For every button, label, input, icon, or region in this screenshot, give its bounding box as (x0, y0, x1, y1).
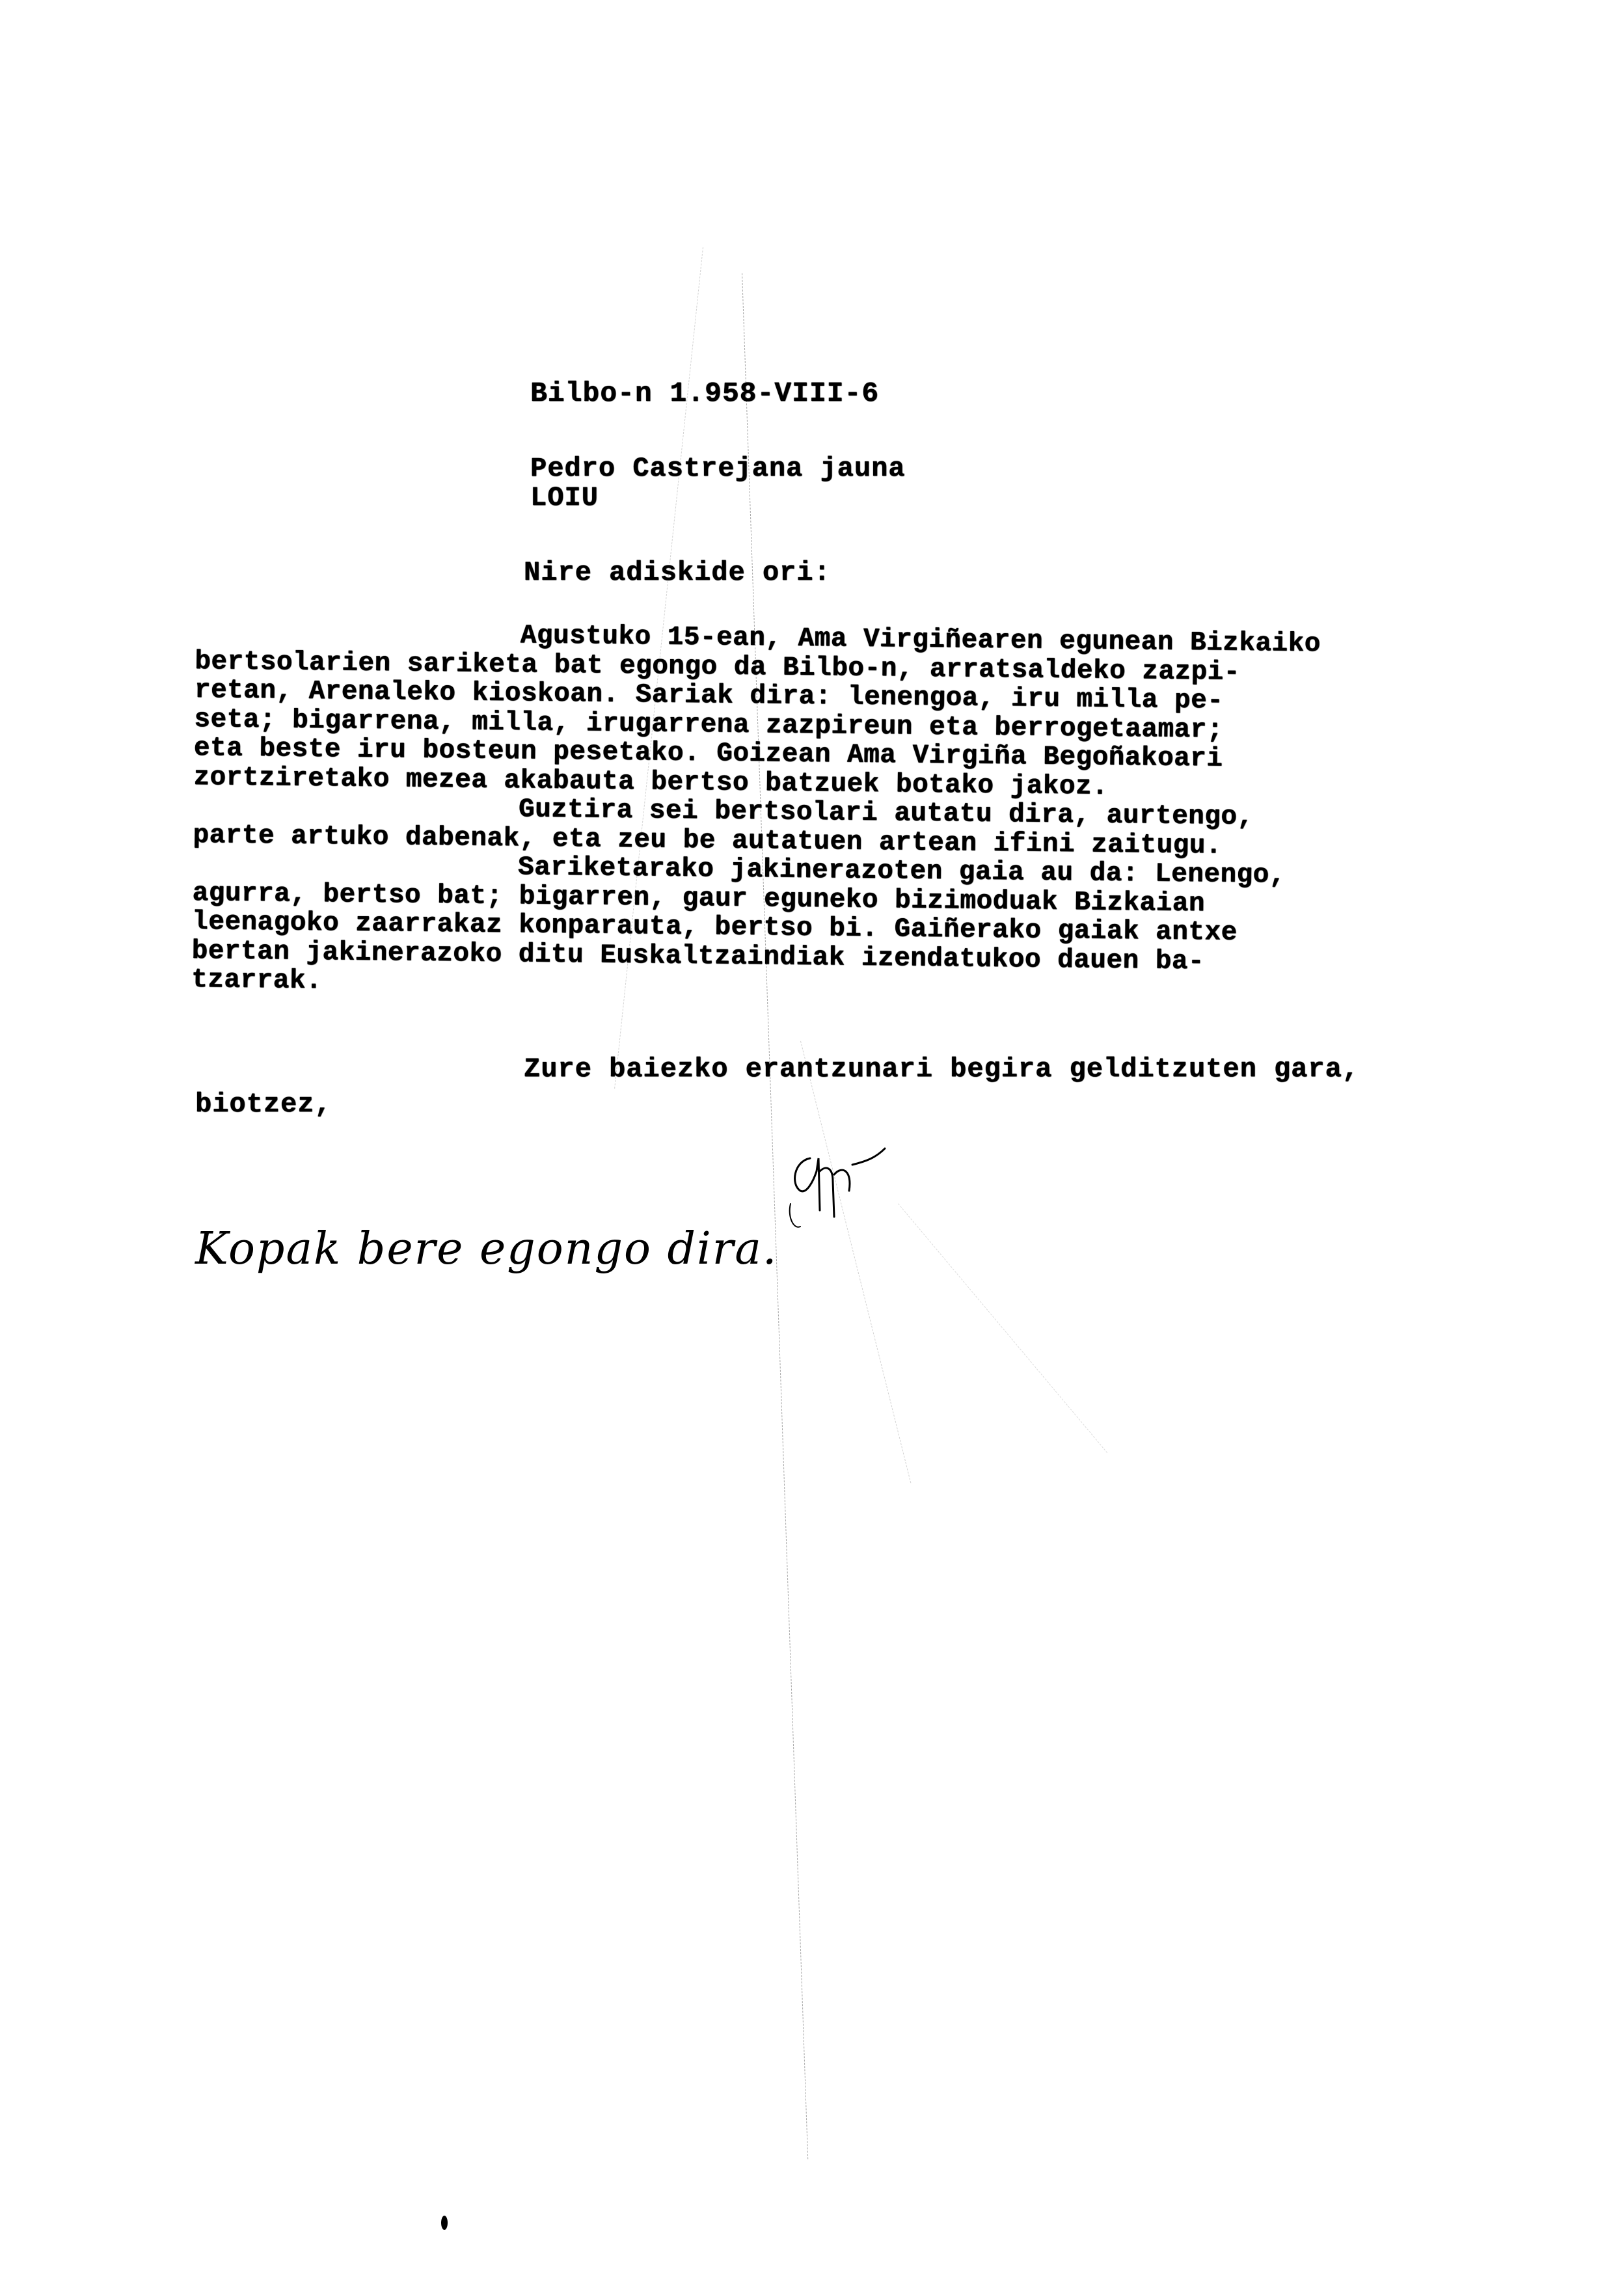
closing-word: biotzez, (195, 1088, 332, 1121)
date-line: Bilbo-n 1.958-VIII-6 (530, 377, 879, 410)
signature (781, 1145, 1002, 1243)
addressee-place: LOIU (530, 482, 599, 514)
salutation: Nire adiskide ori: (524, 556, 831, 589)
crease-mark (800, 1041, 911, 1483)
letter-body: Agustuko 15-ean, Ama Virgiñearen egunean… (191, 618, 1457, 1008)
ink-dot (441, 2216, 448, 2230)
addressee: Pedro Castrejana jauna (530, 452, 906, 485)
letter-page: Bilbo-n 1.958-VIII-6 Pedro Castrejana ja… (0, 0, 1624, 2282)
handwritten-note: Kopak bere egongo dira. (195, 1223, 778, 1275)
closing-line: Zure baiezko erantzunari begira gelditzu… (524, 1053, 1359, 1085)
